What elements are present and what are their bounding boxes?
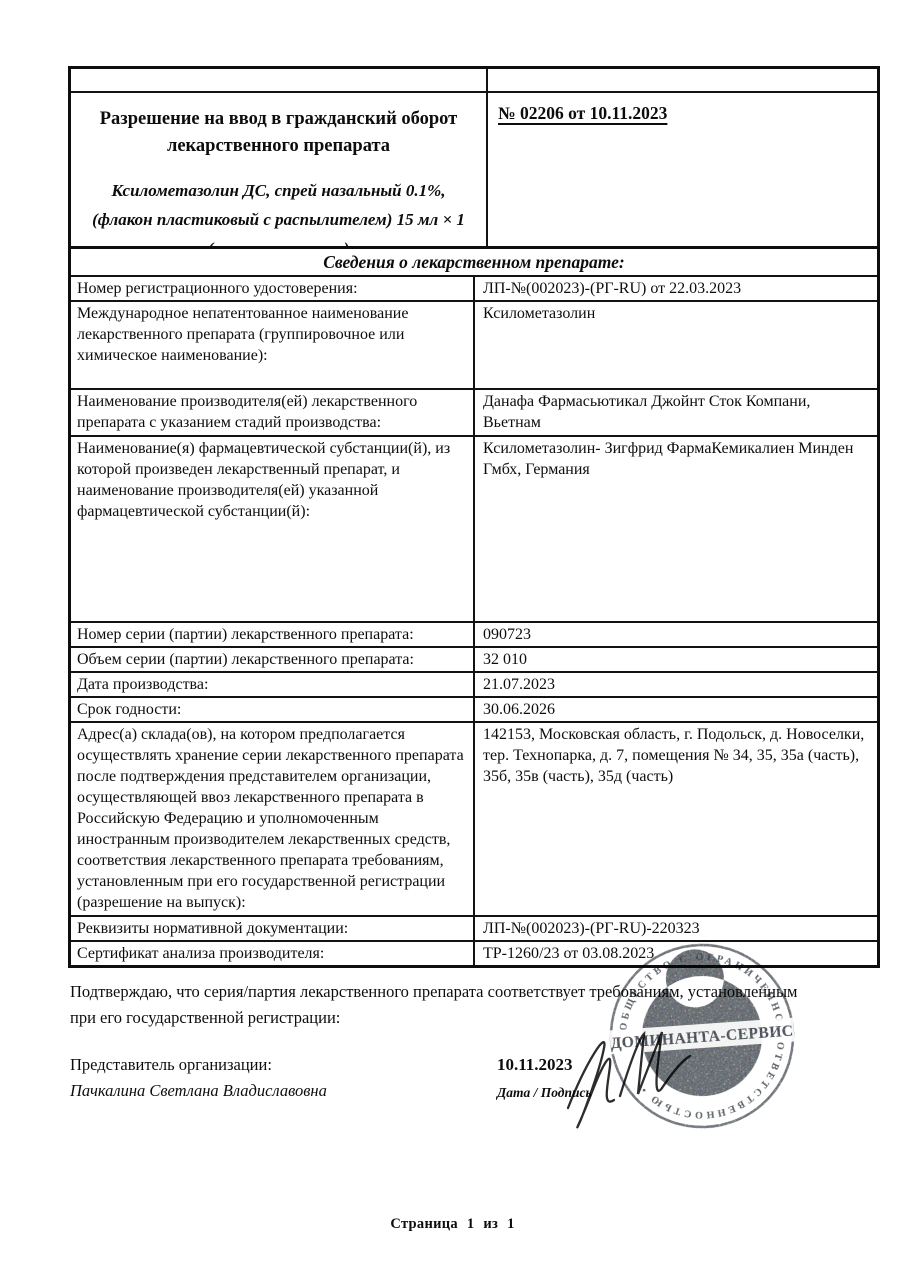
drug-info-table: Сведения о лекарственном препарате: Номе… [68,246,880,968]
date-signature-block: 10.11.2023 Дата / Подпись [497,1052,592,1106]
table-row: Сертификат анализа производителя: ТР-126… [70,941,879,967]
svg-text:• ОБЩЕСТВО С ОГРАНИЧЕННОЙ ОТВЕ: • ОБЩЕСТВО С ОГРАНИЧЕННОЙ ОТВЕТСТВЕННОСТ… [608,942,796,1130]
table-row: Дата производства: 21.07.2023 [70,672,879,697]
row-value: ЛП-№(002023)-(РГ-RU) от 22.03.2023 [474,276,879,301]
row-label: Наименование производителя(ей) лекарстве… [70,389,475,436]
representative-label: Представитель организации: [70,1052,327,1078]
permit-header-table: Разрешение на ввод в гражданский оборот … [68,66,880,267]
table-row: Международное непатентованное наименован… [70,301,879,389]
row-label: Срок годности: [70,697,475,722]
table-row: Срок годности: 30.06.2026 [70,697,879,722]
table-row: Номер серии (партии) лекарственного преп… [70,622,879,647]
signature-date: 10.11.2023 [497,1052,592,1078]
row-label: Реквизиты нормативной документации: [70,916,475,941]
representative-name: Пачкалина Светлана Владиславовна [70,1078,327,1104]
row-value: 142153, Московская область, г. Подольск,… [474,722,879,916]
document-page: Разрешение на ввод в гражданский оборот … [0,0,905,1280]
table-row: Разрешение на ввод в гражданский оборот … [70,92,879,266]
row-label: Сертификат анализа производителя: [70,941,475,967]
row-label: Объем серии (партии) лекарственного преп… [70,647,475,672]
table-header-row: Сведения о лекарственном препарате: [70,248,879,277]
row-value: 30.06.2026 [474,697,879,722]
empty-cell [487,68,879,93]
info-table-title: Сведения о лекарственном препарате: [70,248,879,277]
table-row [70,68,879,93]
row-value: 21.07.2023 [474,672,879,697]
permit-title-cell: Разрешение на ввод в гражданский оборот … [70,92,488,266]
permit-number: № 02206 от 10.11.2023 [498,103,667,123]
confirmation-statement: Подтверждаю, что серия/партия лекарствен… [70,979,822,1031]
table-row: Адрес(а) склада(ов), на котором предпола… [70,722,879,916]
row-label: Наименование(я) фармацевтической субстан… [70,436,475,622]
page-number: Страница 1 из 1 [0,1216,905,1233]
row-label: Номер серии (партии) лекарственного преп… [70,622,475,647]
representative-block: Представитель организации: Пачкалина Све… [70,1052,327,1104]
permit-number-cell: № 02206 от 10.11.2023 [487,92,879,266]
date-signature-label: Дата / Подпись [497,1080,592,1106]
stamp-ring-text: • ОБЩЕСТВО С ОГРАНИЧЕННОЙ ОТВЕТСТВЕННОСТ… [608,942,796,1130]
row-value: ТР-1260/23 от 03.08.2023 [474,941,879,967]
row-value: 090723 [474,622,879,647]
empty-cell [70,68,488,93]
table-row: Наименование производителя(ей) лекарстве… [70,389,879,436]
table-row: Наименование(я) фармацевтической субстан… [70,436,879,622]
row-value: ЛП-№(002023)-(РГ-RU)-220323 [474,916,879,941]
permit-title: Разрешение на ввод в гражданский оборот … [93,106,465,160]
row-value: Данафа Фармасьютикал Джойнт Сток Компани… [474,389,879,436]
row-label: Номер регистрационного удостоверения: [70,276,475,301]
table-row: Объем серии (партии) лекарственного преп… [70,647,879,672]
row-value: Ксилометазолин [474,301,879,389]
row-label: Адрес(а) склада(ов), на котором предпола… [70,722,475,916]
row-value: Ксилометазолин- Зигфрид ФармаКемикалиен … [474,436,879,622]
row-label: Дата производства: [70,672,475,697]
table-row: Реквизиты нормативной документации: ЛП-№… [70,916,879,941]
row-label: Международное непатентованное наименован… [70,301,475,389]
table-row: Номер регистрационного удостоверения: ЛП… [70,276,879,301]
row-value: 32 010 [474,647,879,672]
